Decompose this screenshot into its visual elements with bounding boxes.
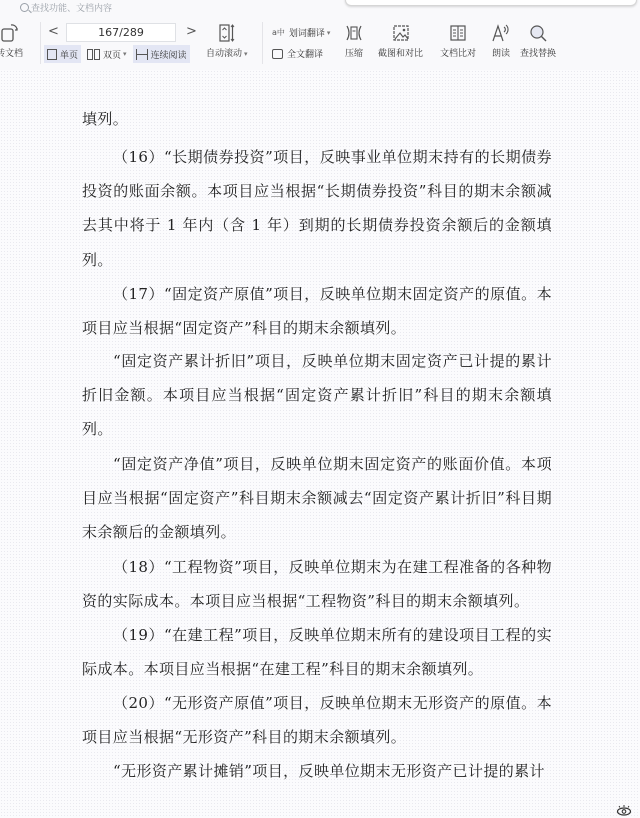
paragraph: （17）“固定资产原值”项目，反映单位期末固定资产的原值。本项目应当根据“固定资… [82, 277, 552, 345]
dropdown-panel-edge [345, 0, 637, 6]
continuous-read-label: 连续阅读 [151, 48, 187, 61]
divider [262, 22, 263, 64]
chevron-down-icon: ▾ [123, 50, 127, 58]
page-number-input[interactable]: 167/289 [66, 23, 176, 42]
magnifier-icon [527, 22, 549, 44]
book-icon [447, 22, 469, 44]
find-replace-label: 查找替换 [520, 46, 556, 59]
doc-compare-button[interactable]: 文档比对 [440, 22, 476, 59]
search-box[interactable]: 查找功能、文档内容 [0, 0, 112, 14]
read-aloud-button[interactable]: 朗读 [490, 22, 512, 59]
convert-doc-icon [0, 22, 21, 44]
chevron-down-icon: ▾ [327, 29, 331, 37]
single-page-icon [47, 49, 57, 60]
paragraph: （19）“在建工程”项目，反映单位期末所有的建设项目工程的实际成本。本项目应当根… [82, 618, 552, 686]
search-placeholder[interactable]: 查找功能、文档内容 [31, 1, 112, 14]
read-aloud-label: 朗读 [492, 46, 510, 59]
paragraph: “固定资产净值”项目，反映单位期末固定资产的账面价值。本项目应当根据“固定资产”… [82, 447, 552, 550]
single-page-label: 单页 [60, 48, 78, 61]
screenshot-compare-button[interactable]: 截图和对比 [378, 22, 423, 59]
word-translate-label: 划词翻译 [289, 26, 325, 39]
continuous-read-icon [136, 49, 148, 60]
convert-doc-label: 转文档 [0, 46, 23, 59]
compress-icon [343, 22, 365, 44]
doc-compare-label: 文档比对 [440, 46, 476, 59]
view-mode-group: 单页 双页 ▾ 连续阅读 [44, 45, 193, 63]
screenshot-icon [390, 22, 412, 44]
find-replace-button[interactable]: 查找替换 [520, 22, 556, 59]
paragraph: 填列。 [82, 102, 552, 136]
double-page-label: 双页 [103, 48, 121, 61]
compress-button[interactable]: 压缩 [343, 22, 365, 59]
double-page-icon [87, 49, 100, 60]
paragraph: “固定资产累计折旧”项目，反映单位期末固定资产已计提的累计折旧金额。本项目应当根… [82, 344, 552, 447]
eye-protection-icon[interactable] [616, 805, 632, 816]
paragraph: “无形资产累计摊销”项目，反映单位期末无形资产已计提的累计 [82, 754, 552, 788]
full-translate-icon [272, 49, 283, 59]
double-page-button[interactable]: 双页 ▾ [84, 45, 130, 63]
divider [40, 22, 41, 64]
prev-page-button[interactable]: < [48, 24, 59, 39]
paragraph: （16）“长期债券投资”项目，反映事业单位期末持有的长期债券投资的账面余额。本项… [82, 140, 552, 277]
word-translate-button[interactable]: a中 划词翻译 ▾ [272, 26, 330, 39]
screenshot-compare-label: 截图和对比 [378, 46, 423, 59]
full-translate-label: 全文翻译 [287, 47, 323, 60]
paragraph: （18）“工程物资”项目，反映单位期末为在建工程准备的各种物资的实际成本。本项目… [82, 550, 552, 618]
convert-doc-button[interactable]: 转文档 [0, 22, 23, 59]
document-page[interactable]: 填列。 （16）“长期债券投资”项目，反映事业单位期末持有的长期债券投资的账面余… [0, 70, 640, 818]
auto-scroll-button[interactable]: 自动滚动▾ [206, 22, 248, 59]
read-aloud-icon [490, 22, 512, 44]
single-page-button[interactable]: 单页 [44, 45, 81, 63]
next-page-button[interactable]: > [186, 24, 197, 39]
full-translate-button[interactable]: 全文翻译 [272, 47, 323, 60]
search-icon [20, 3, 29, 12]
auto-scroll-icon [216, 22, 238, 44]
paragraph: （20）“无形资产原值”项目，反映单位期末无形资产的原值。本项目应当根据“无形资… [82, 686, 552, 754]
compress-label: 压缩 [345, 46, 363, 59]
continuous-read-button[interactable]: 连续阅读 [133, 45, 190, 63]
word-translate-icon: a中 [272, 29, 285, 37]
auto-scroll-label: 自动滚动▾ [206, 46, 248, 59]
toolbar: 查找功能、文档内容 转文档 < 167/289 > 单页 双页 ▾ [0, 0, 640, 70]
